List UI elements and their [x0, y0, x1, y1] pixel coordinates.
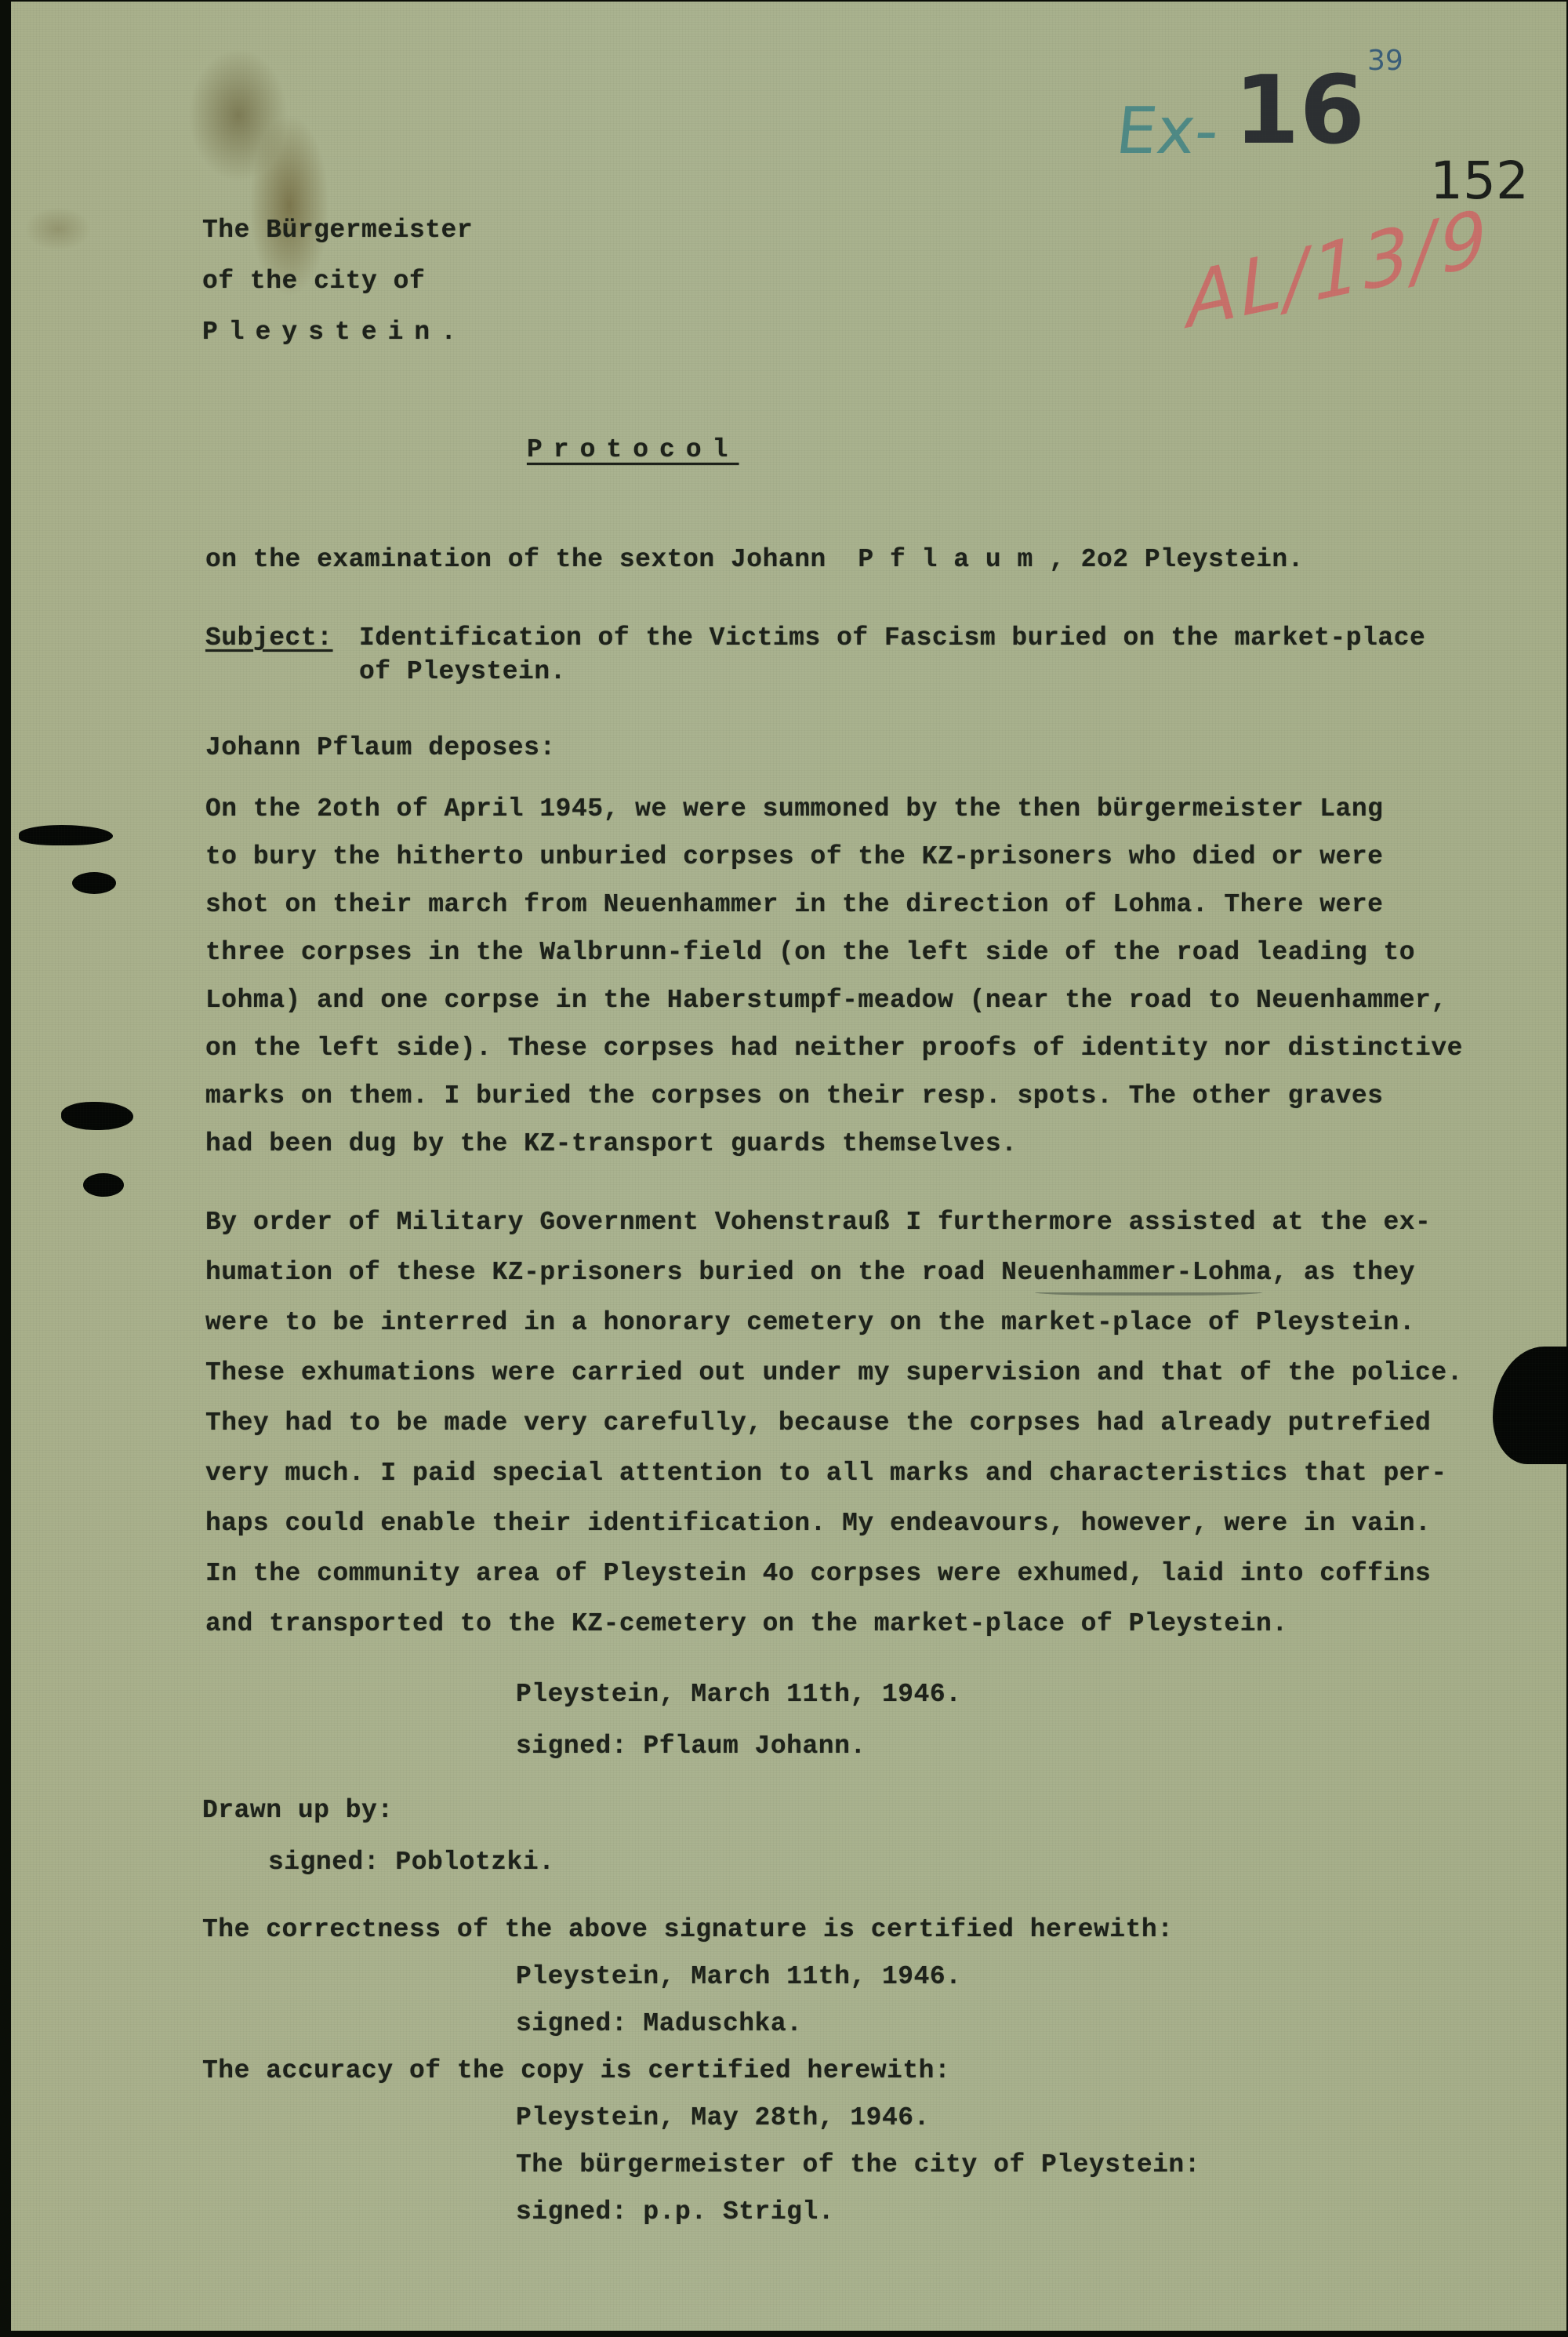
- text-line: shot on their march from Neuenhammer in …: [205, 892, 1383, 918]
- letterhead-line-3: Pleystein.: [202, 319, 467, 345]
- certification-2-signed: signed: p.p. Strigl.: [516, 2199, 834, 2225]
- intro-line: on the examination of the sexton Johann …: [205, 547, 1304, 572]
- certification-2-authority: The bürgermeister of the city of Pleyste…: [516, 2152, 1200, 2178]
- corner-mark: 39: [1367, 45, 1403, 77]
- text-line: very much. I paid special attention to a…: [205, 1460, 1447, 1486]
- certification-2-place-date: Pleystein, May 28th, 1946.: [516, 2105, 930, 2131]
- text-line: were to be interred in a honorary cemete…: [205, 1310, 1415, 1336]
- exhibit-number: 16: [1234, 56, 1365, 165]
- document-title: Protocol: [527, 437, 739, 463]
- exhibit-mark: Ex-: [1112, 94, 1222, 169]
- drawn-up-label: Drawn up by:: [202, 1797, 394, 1823]
- handwritten-underline: [1035, 1288, 1262, 1296]
- text-line: had been dug by the KZ-transport guards …: [205, 1131, 1017, 1157]
- text-line: to bury the hitherto unburied corpses of…: [205, 844, 1383, 870]
- letterhead-line-2: of the city of: [202, 268, 425, 294]
- text-line: and transported to the KZ-cemetery on th…: [205, 1611, 1288, 1637]
- certification-1-place-date: Pleystein, March 11th, 1946.: [516, 1964, 962, 1990]
- text-line: marks on them. I buried the corpses on t…: [205, 1083, 1383, 1109]
- text-line: By order of Military Government Vohenstr…: [205, 1209, 1431, 1235]
- text-line: Lohma) and one corpse in the Haberstumpf…: [205, 987, 1447, 1013]
- text-line: on the left side). These corpses had nei…: [205, 1035, 1463, 1061]
- certification-2-text: The accuracy of the copy is certified he…: [202, 2058, 950, 2084]
- certification-1-signed: signed: Maduschka.: [516, 2011, 802, 2037]
- text-line: humation of these KZ-prisoners buried on…: [205, 1259, 1415, 1285]
- document-page: The Bürgermeister of the city of Pleyste…: [11, 2, 1566, 2331]
- certification-1-text: The correctness of the above signature i…: [202, 1917, 1174, 1943]
- text-line: They had to be made very carefully, beca…: [205, 1410, 1431, 1436]
- archive-reference: AL/13/9: [1181, 191, 1494, 347]
- letterhead-line-1: The Bürgermeister: [202, 217, 473, 243]
- text-line: In the community area of Pleystein 4o co…: [205, 1561, 1431, 1586]
- punch-hole-tear: [61, 1102, 133, 1130]
- subject-label: Subject:: [205, 625, 332, 651]
- text-line: haps could enable their identification. …: [205, 1510, 1431, 1536]
- text-line: On the 2oth of April 1945, we were summo…: [205, 796, 1383, 822]
- text-line: three corpses in the Walbrunn-field (on …: [205, 940, 1415, 965]
- drawn-up-signed: signed: Poblotzki.: [268, 1849, 554, 1875]
- text-line: These exhumations were carried out under…: [205, 1360, 1463, 1386]
- subject-text-line-2: of Pleystein.: [359, 659, 566, 685]
- signature-signed: signed: Pflaum Johann.: [516, 1733, 866, 1759]
- deposition-heading: Johann Pflaum deposes:: [205, 735, 556, 761]
- signature-place-date: Pleystein, March 11th, 1946.: [516, 1681, 962, 1707]
- subject-text-line-1: Identification of the Victims of Fascism…: [359, 625, 1425, 651]
- punch-hole: [72, 872, 116, 894]
- punch-hole: [83, 1173, 124, 1197]
- punch-hole-tear: [19, 825, 113, 845]
- paper-edge-tear: [1493, 1347, 1568, 1464]
